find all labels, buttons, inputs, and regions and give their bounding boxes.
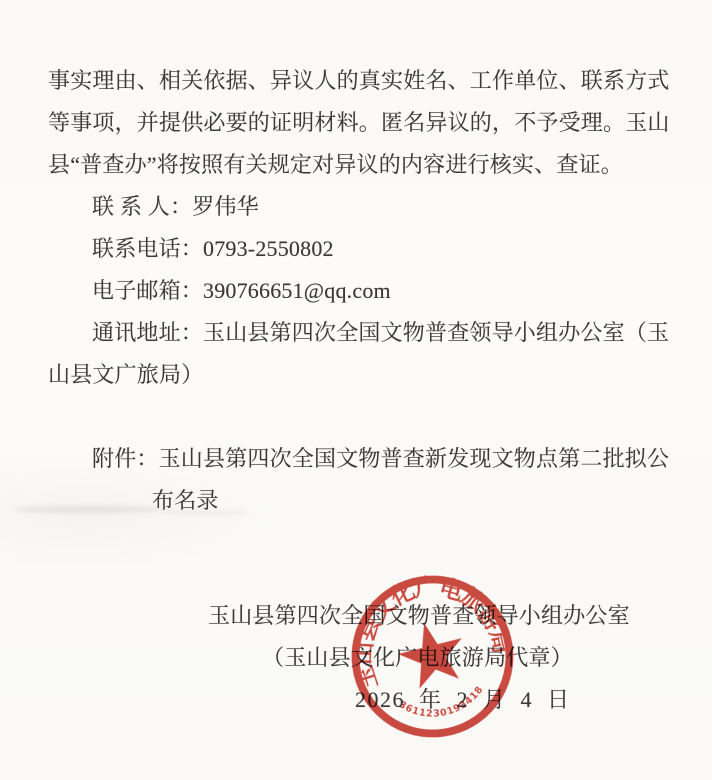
blank-line — [48, 396, 672, 438]
contact-address-line-2: 山县文广旅局） — [48, 354, 672, 396]
scan-smudge-artifact — [160, 510, 250, 515]
scan-smudge-artifact — [14, 506, 164, 513]
contact-address-line-1: 通讯地址：玉山县第四次全国文物普查领导小组办公室（玉 — [48, 312, 672, 354]
contact-person-line: 联 系 人：罗伟华 — [48, 186, 672, 228]
body-text-line-2: 等事项，并提供必要的证明材料。匿名异议的，不予受理。玉山 — [48, 102, 672, 144]
scanned-notice-page: 事实理由、相关依据、异议人的真实姓名、工作单位、联系方式 等事项，并提供必要的证… — [0, 0, 712, 780]
seal-star-icon — [392, 615, 471, 692]
body-text-line-3: 县“普查办”将按照有关规定对异议的内容进行核实、查证。 — [48, 144, 672, 186]
attachment-line-2: 布名录 — [48, 480, 672, 522]
contact-phone-line: 联系电话：0793-2550802 — [48, 228, 672, 270]
contact-email-line: 电子邮箱：390766651@qq.com — [48, 270, 672, 312]
attachment-line-1: 附件：玉山县第四次全国文物普查新发现文物点第二批拟公 — [48, 438, 672, 480]
body-text-line-1: 事实理由、相关依据、异议人的真实姓名、工作单位、联系方式 — [48, 60, 672, 102]
